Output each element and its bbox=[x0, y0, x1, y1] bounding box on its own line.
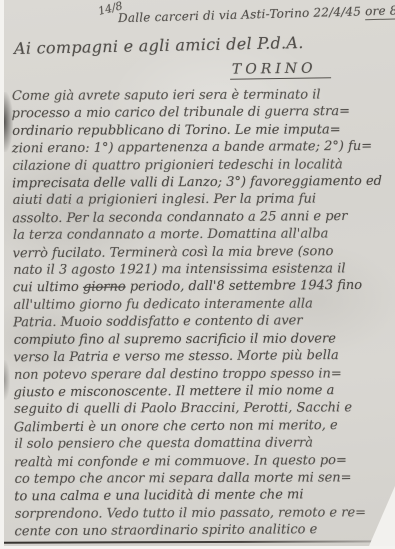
page-bottom-edge bbox=[4, 540, 395, 543]
letter-line: aiuti dati a prigionieri inglesi. Per la… bbox=[13, 191, 395, 210]
edge-smudge bbox=[4, 92, 13, 152]
edge-smudge bbox=[4, 360, 10, 400]
letter-line: non potevo sperare dal destino troppo sp… bbox=[14, 365, 395, 384]
letter-line: cilazione di quattro prigionieri tedesch… bbox=[12, 156, 394, 175]
line-pre: cui ultimo bbox=[13, 280, 83, 295]
letter-line: il solo pensiero che questa domattina di… bbox=[14, 434, 395, 453]
letter-line: nato il 3 agosto 1921) ma intensissima e… bbox=[13, 260, 395, 279]
letter-line: compiuto fino al supremo sacrificio il m… bbox=[14, 330, 395, 349]
letter-line: to una calma e una lucidità di mente che… bbox=[14, 486, 395, 506]
letter-line: all'ultimo giorno fu dedicato interament… bbox=[13, 295, 395, 314]
letter-line: zioni erano: 1°) appartenenza a bande ar… bbox=[12, 138, 394, 158]
letter-line: processo a mio carico del tribunale di g… bbox=[12, 103, 394, 123]
letter-line: cente con uno straordinario spirito anal… bbox=[14, 521, 395, 541]
scanned-letter-page: 14/8 Dalle carceri di via Asti-Torino 22… bbox=[0, 0, 395, 549]
city-torino: TORINO bbox=[230, 60, 331, 79]
letter-line-with-correction: cui ultimo giorno periodo, dall'8 settem… bbox=[13, 277, 395, 297]
letter-line: sorprendono. Vedo tutto il mio passato, … bbox=[15, 504, 395, 523]
letter-line: la terza condannato a morte. Domattina a… bbox=[13, 225, 395, 244]
struck-word: giorno bbox=[83, 280, 126, 295]
salutation: Ai compagni e agli amici del P.d.A. bbox=[14, 33, 304, 58]
dateline-text: Dalle carceri di via Asti-Torino 22/4/45 bbox=[118, 4, 365, 25]
paper-sheet: 14/8 Dalle carceri di via Asti-Torino 22… bbox=[4, 0, 395, 546]
letter-line: realtà mi confonde e mi commuove. In que… bbox=[14, 451, 395, 471]
letter-line: verrò fucilato. Terminerà così la mia br… bbox=[13, 242, 395, 262]
letter-line: co tempo che ancor mi separa dalla morte… bbox=[15, 469, 395, 488]
letter-line: seguito di quelli di Paolo Braccini, Per… bbox=[14, 399, 395, 418]
letter-line: Patria. Muoio soddisfatto e contento di … bbox=[13, 312, 395, 332]
letter-line: verso la Patria e verso me stesso. Morte… bbox=[13, 347, 395, 367]
dateline: Dalle carceri di via Asti-Torino 22/4/45… bbox=[118, 3, 395, 25]
dateline-time: ore 8,30 bbox=[365, 3, 395, 20]
letter-body: Come già avrete saputo ieri sera è termi… bbox=[11, 86, 395, 541]
letter-line: Come già avrete saputo ieri sera è termi… bbox=[12, 86, 394, 105]
line-post: periodo, dall'8 settembre 1943 fino bbox=[126, 278, 363, 295]
letter-line: ordinario repubblicano di Torino. Le mie… bbox=[12, 121, 394, 140]
